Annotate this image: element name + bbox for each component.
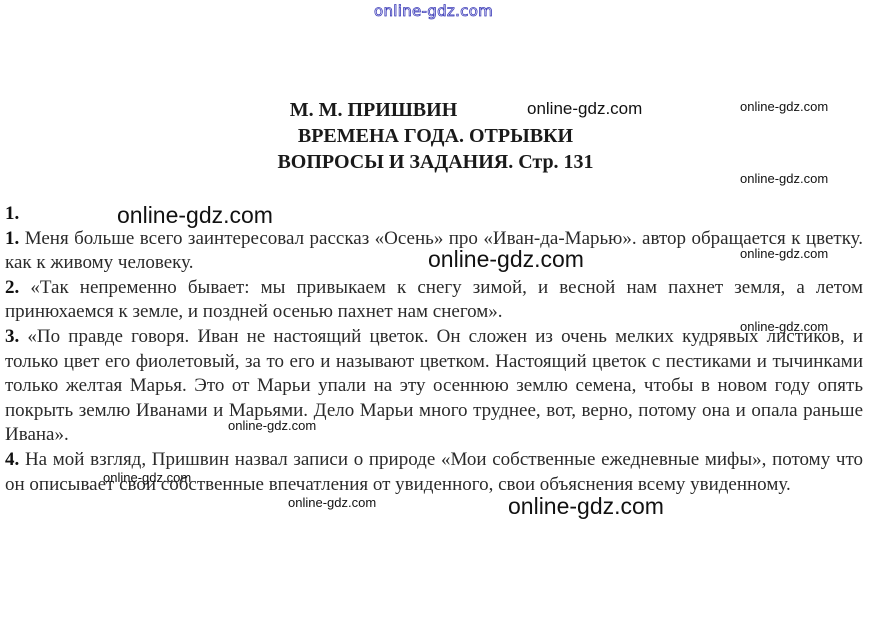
watermark: online-gdz.com (740, 171, 828, 186)
watermark: online-gdz.com (428, 246, 584, 273)
watermark: online-gdz.com (228, 418, 316, 433)
watermark: online-gdz.com (740, 99, 828, 114)
watermark-top: online-gdz.com (374, 2, 493, 20)
watermark: online-gdz.com (740, 246, 828, 261)
author-heading: М. М. ПРИШВИН (0, 99, 809, 122)
page-title: ВРЕМЕНА ГОДА. ОТРЫВКИ (0, 125, 871, 148)
watermark: online-gdz.com (508, 493, 664, 520)
watermark: online-gdz.com (117, 202, 273, 229)
watermark: online-gdz.com (288, 495, 376, 510)
answer-item: 2. «Так непременно бывает: мы привыкаем … (5, 276, 863, 325)
watermark: online-gdz.com (740, 319, 828, 334)
watermark: online-gdz.com (103, 470, 191, 485)
answer-item: 3. «По правде говоря. Иван не настоящий … (5, 325, 863, 448)
watermark: online-gdz.com (527, 99, 642, 119)
